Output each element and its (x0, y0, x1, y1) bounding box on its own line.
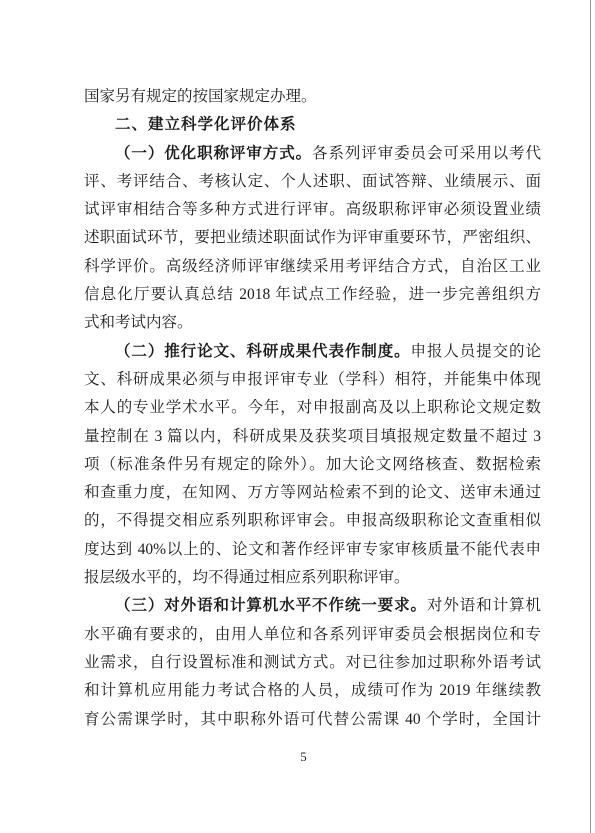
body-text: 国家另有规定的按国家规定办理。 (84, 88, 317, 105)
text-line: 育公需课学时，其中职称外语可代替公需课 40 个学时，全国计 (84, 706, 541, 734)
body-text: 科学评价。高级经济师评审继续采用考评结合方式，自治区工业 (84, 258, 541, 275)
body-text: 水平确有要求的，由用人单位和各系列评审委员会根据岗位和专 (84, 626, 541, 643)
body-text: 式和考试内容。 (84, 314, 193, 331)
text-line: 评、考评结合、考核认定、个人述职、面试答辩、业绩展示、面 (84, 168, 541, 196)
text-line: 本人的专业学术水平。今年，对申报副高及以上职称论文规定数 (84, 394, 541, 422)
text-line: 国家另有规定的按国家规定办理。 (84, 83, 541, 111)
text-line: 的，不得提交相应系列职称评审会。申报高级职称论文查重相似 (84, 507, 541, 535)
body-text: 信息化厅要认真总结 2018 年试点工作经验，进一步完善组织方 (84, 286, 541, 303)
body-text: 度达到 40%以上的、论文和著作经评审专家审核质量不能代表申 (84, 541, 541, 558)
page-number: 5 (0, 749, 595, 765)
text-line: （二）推行论文、科研成果代表作制度。申报人员提交的论 (84, 338, 541, 366)
body-text: 试评审相结合等多种方式进行评审。高级职称评审必须设置业绩 (84, 201, 541, 218)
bold-lead-in-text: （三）对外语和计算机水平不作统一要求。 (115, 597, 427, 614)
body-text: 各系列评审委员会可采用以考代 (312, 145, 541, 162)
body-text: 文、科研成果必须与申报评审专业（学科）相符，并能集中体现 (84, 371, 541, 388)
document-body: 国家另有规定的按国家规定办理。二、建立科学化评价体系（一）优化职称评审方式。各系… (84, 83, 541, 734)
body-text: 业需求，自行设置标准和测试方式。对已往参加过职称外语考试 (84, 654, 541, 671)
section-heading-line: 二、建立科学化评价体系 (84, 111, 541, 139)
body-text: 对外语和计算机 (427, 597, 541, 614)
bold-lead-in-text: （一）优化职称评审方式。 (115, 145, 312, 162)
body-text: 和查重力度，在知网、万方等网站检索不到的论文、送审未通过 (84, 484, 541, 501)
body-text: 量控制在 3 篇以内，科研成果及获奖项目填报规定数量不超过 3 (84, 428, 541, 445)
body-text: 申报人员提交的论 (411, 343, 541, 360)
body-text: 述职面试环节，要把业绩述职面试作为评审重要环节，严密组织、 (84, 229, 541, 246)
scan-artifact-line (590, 0, 591, 833)
text-line: 报层级水平的，均不得通过相应系列职称评审。 (84, 564, 541, 592)
body-text: 的，不得提交相应系列职称评审会。申报高级职称论文查重相似 (84, 512, 541, 529)
bold-lead-in-text: （二）推行论文、科研成果代表作制度。 (115, 343, 411, 360)
body-text: 报层级水平的，均不得通过相应系列职称评审。 (84, 569, 410, 586)
text-line: 项（标准条件另有规定的除外）。加大论文网络核查、数据检索 (84, 451, 541, 479)
body-text: 评、考评结合、考核认定、个人述职、面试答辩、业绩展示、面 (84, 173, 541, 190)
text-line: 文、科研成果必须与申报评审专业（学科）相符，并能集中体现 (84, 366, 541, 394)
body-text: 育公需课学时，其中职称外语可代替公需课 40 个学时，全国计 (84, 711, 541, 728)
text-line: （三）对外语和计算机水平不作统一要求。对外语和计算机 (84, 592, 541, 620)
text-line: 试评审相结合等多种方式进行评审。高级职称评审必须设置业绩 (84, 196, 541, 224)
text-line: 科学评价。高级经济师评审继续采用考评结合方式，自治区工业 (84, 253, 541, 281)
text-line: 业需求，自行设置标准和测试方式。对已往参加过职称外语考试 (84, 649, 541, 677)
text-line: 量控制在 3 篇以内，科研成果及获奖项目填报规定数量不超过 3 (84, 423, 541, 451)
text-line: 信息化厅要认真总结 2018 年试点工作经验，进一步完善组织方 (84, 281, 541, 309)
bold-lead-in-text: 二、建立科学化评价体系 (115, 116, 297, 133)
body-text: 本人的专业学术水平。今年，对申报副高及以上职称论文规定数 (84, 399, 541, 416)
text-line: 和查重力度，在知网、万方等网站检索不到的论文、送审未通过 (84, 479, 541, 507)
text-line: 述职面试环节，要把业绩述职面试作为评审重要环节，严密组织、 (84, 224, 541, 252)
body-text: 和计算机应用能力考试合格的人员，成绩可作为 2019 年继续教 (84, 682, 541, 699)
text-line: 式和考试内容。 (84, 309, 541, 337)
text-line: 和计算机应用能力考试合格的人员，成绩可作为 2019 年继续教 (84, 677, 541, 705)
text-line: （一）优化职称评审方式。各系列评审委员会可采用以考代 (84, 140, 541, 168)
text-line: 度达到 40%以上的、论文和著作经评审专家审核质量不能代表申 (84, 536, 541, 564)
body-text: 项（标准条件另有规定的除外）。加大论文网络核查、数据检索 (84, 456, 541, 473)
document-page: { "document": { "kind": "scanned-officia… (0, 0, 595, 833)
text-line: 水平确有要求的，由用人单位和各系列评审委员会根据岗位和专 (84, 621, 541, 649)
